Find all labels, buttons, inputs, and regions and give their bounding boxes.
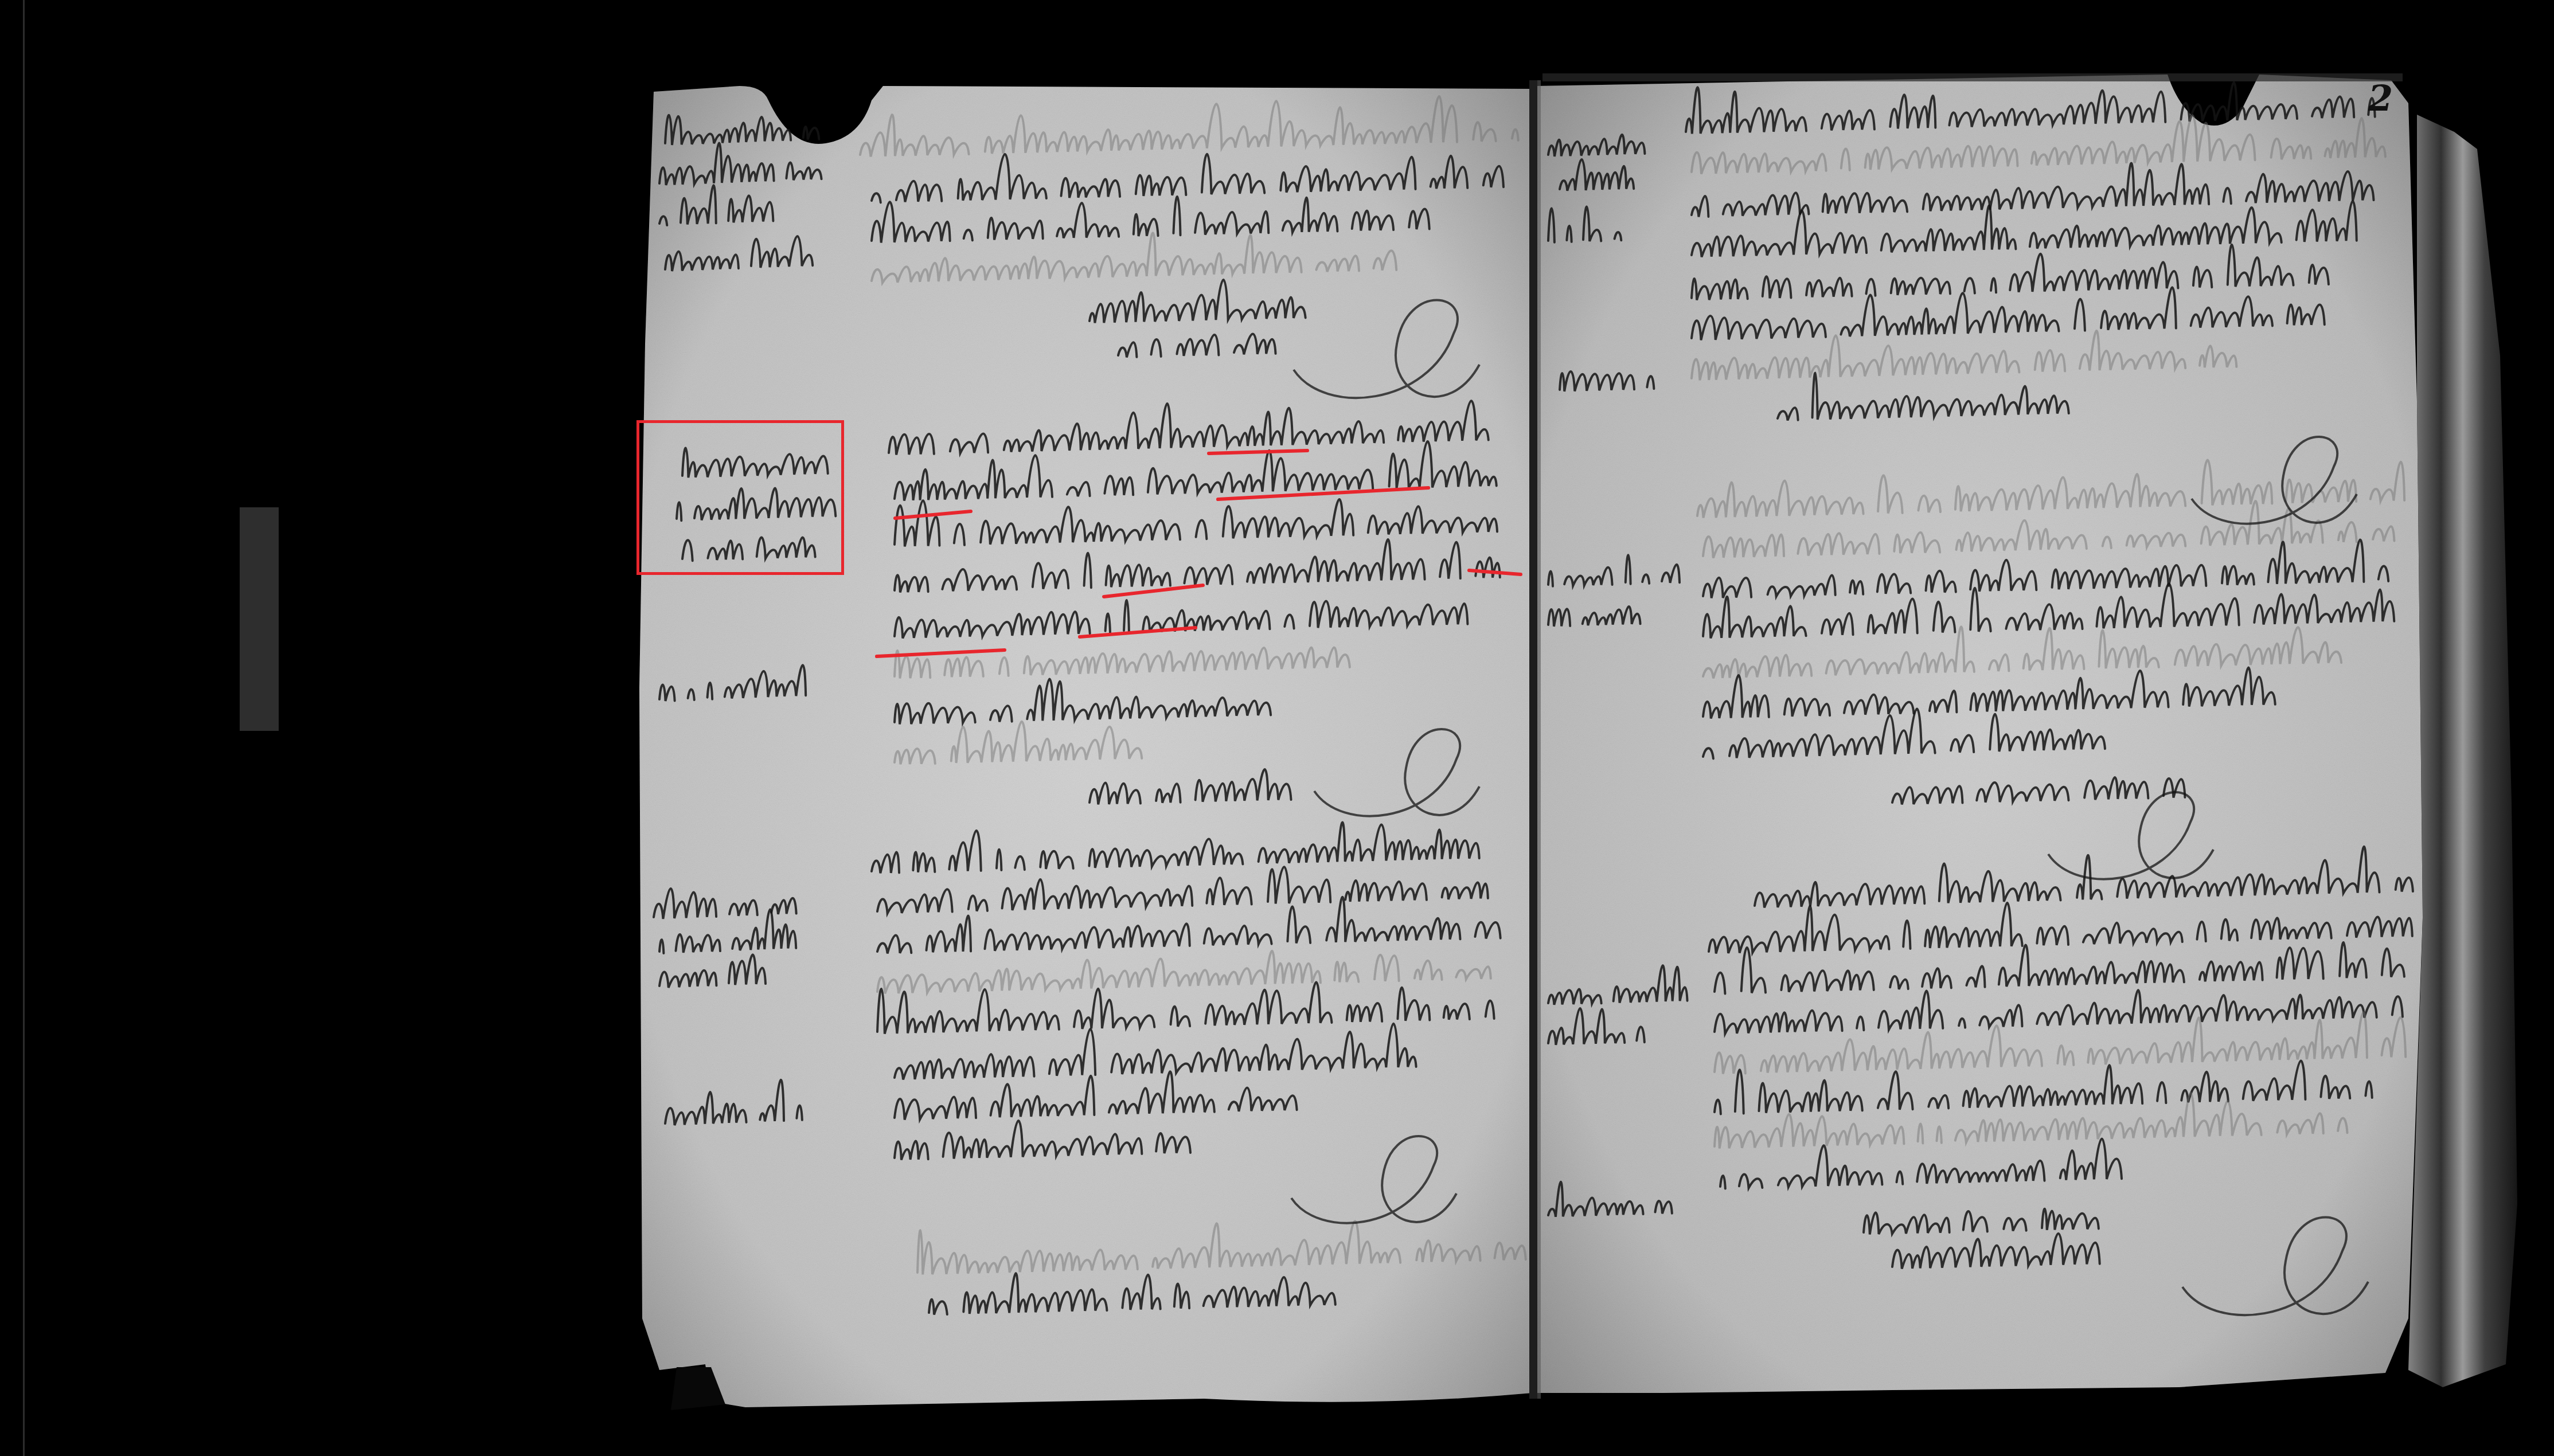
gutter-line bbox=[1529, 80, 1537, 1399]
scanner-edge-line bbox=[23, 0, 25, 1456]
top-edge-shadow bbox=[1542, 73, 2403, 81]
faint-strip bbox=[240, 507, 279, 731]
document-scan: 2 bbox=[0, 0, 2554, 1456]
red-annotation-box bbox=[636, 420, 844, 575]
gutter-shadow bbox=[1537, 80, 1541, 1399]
manuscript-spread-image bbox=[0, 0, 2554, 1456]
page-number: 2 bbox=[2368, 77, 2393, 119]
right-page bbox=[1537, 75, 2423, 1393]
